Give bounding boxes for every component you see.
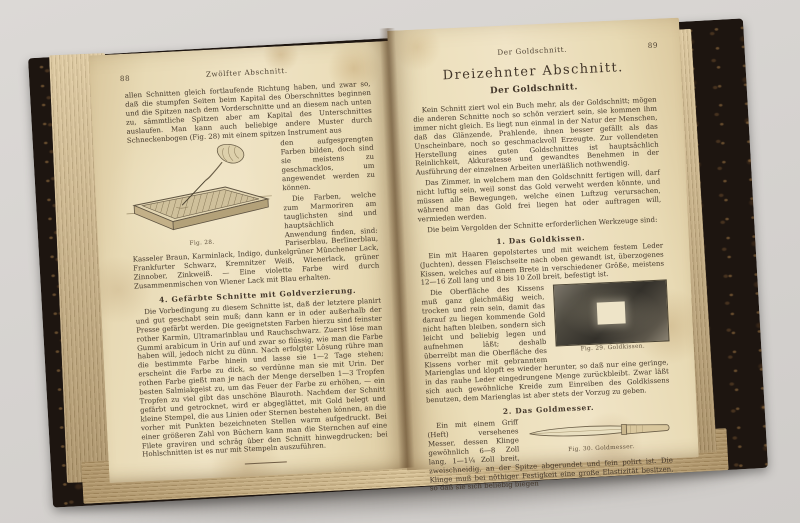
gold-cushion-figure: Fig. 29. Goldkissen. (551, 280, 672, 354)
right-page-header: Der Goldschnitt. 89 (410, 41, 654, 61)
marbling-trough-figure: Fig. 28. (121, 142, 278, 250)
left-page-number: 88 (120, 74, 131, 83)
right-page-number: 89 (648, 41, 659, 50)
left-page: 88 Zwölfter Abschnitt. allen Schnitten g… (89, 41, 410, 483)
left-page-header: 88 Zwölfter Abschnitt. (124, 62, 370, 83)
right-running-header: Der Goldschnitt. (497, 45, 567, 57)
marbling-trough-illustration (121, 142, 277, 239)
gold-cushion-center (597, 302, 626, 325)
right-page: Der Goldschnitt. 89 Dreizehnter Abschnit… (387, 18, 699, 471)
gold-cushion-illustration (553, 280, 670, 347)
left-section-body: Die Vorbedingung zu diesem Schnitte ist,… (135, 297, 388, 460)
section-end-rule (245, 462, 287, 465)
right-intro-paragraph: Kein Schnitt ziert wol ein Buch mehr, al… (413, 96, 660, 178)
left-body-opening: allen Schnitten gleich fortlaufende Rich… (125, 80, 373, 145)
left-running-header: Zwölfter Abschnitt. (206, 66, 288, 79)
photo-background: 88 Zwölfter Abschnitt. allen Schnitten g… (0, 0, 800, 523)
